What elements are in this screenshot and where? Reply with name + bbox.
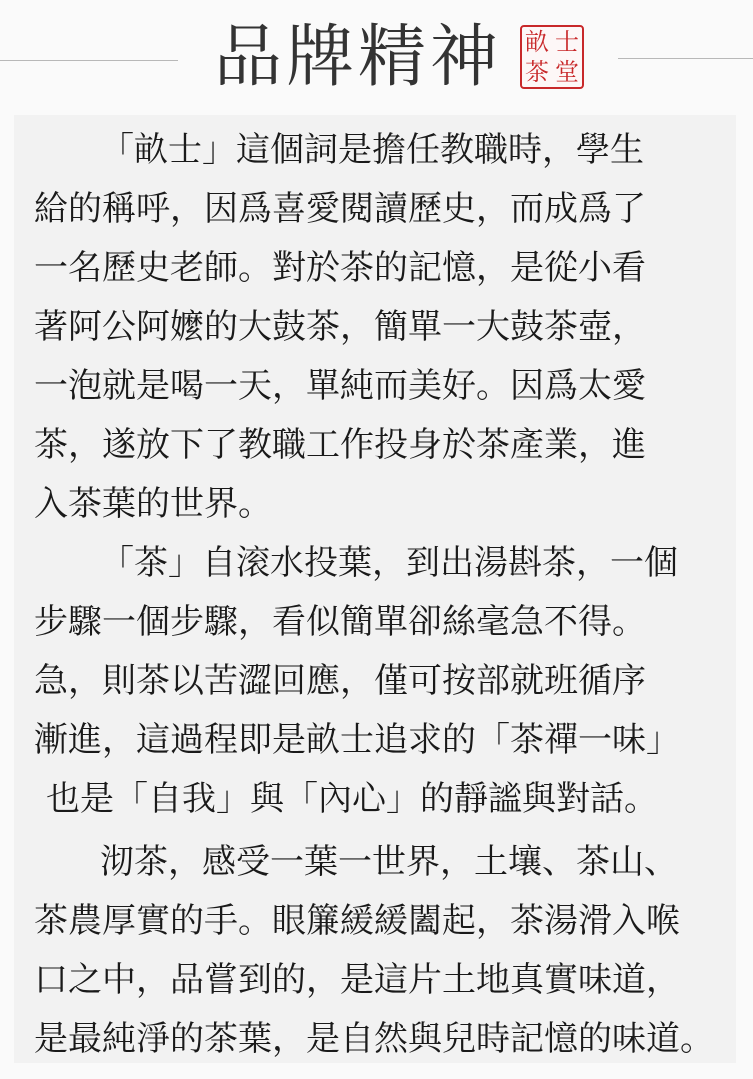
text-line: 沏茶，感受一葉一世界，土壤、茶山、 xyxy=(100,842,678,882)
text-line: 一名歷史老師。對於茶的記憶，是從小看 xyxy=(34,248,646,288)
header-divider-left xyxy=(0,60,178,61)
text-line: 口之中，品嘗到的，是這片土地真實味道， xyxy=(34,960,680,1000)
text-line: 步驟一個步驟，看似簡單卻絲毫急不得。 xyxy=(34,602,646,642)
header-divider-right xyxy=(618,58,753,59)
text-line: 「茶」自滚水投葉，到出湯斟茶，一個 xyxy=(100,543,678,583)
text-line: 也是「自我」與「內心」的靜謐與對話。 xyxy=(46,779,658,819)
seal-char: 茶 xyxy=(522,57,552,87)
text-line: 給的稱呼，因爲喜愛閱讀歷史，而成爲了 xyxy=(34,189,646,229)
text-line: 「畝士」這個詞是擔任教職時，學生 xyxy=(100,130,644,170)
page-title: 品牌精神 xyxy=(214,16,502,100)
text-line: 漸進，這過程即是畝士追求的「茶禪一味」 xyxy=(34,720,680,760)
text-line: 急，則茶以苦澀回應，僅可按部就班循序 xyxy=(34,661,646,701)
text-line: 是最純淨的茶葉，是自然與兒時記憶的味道。 xyxy=(34,1019,714,1059)
page-header: 品牌精神 畝 士 茶 堂 xyxy=(0,0,753,110)
seal-char: 士 xyxy=(552,27,582,57)
text-line: 茶，遂放下了教職工作投身於茶產業，進 xyxy=(34,425,646,465)
brand-seal-icon: 畝 士 茶 堂 xyxy=(520,25,584,89)
text-line: 入茶葉的世界。 xyxy=(34,484,272,524)
text-line: 著阿公阿嬤的大鼓茶，簡單一大鼓茶壺， xyxy=(34,307,646,347)
seal-char: 堂 xyxy=(552,57,582,87)
text-line: 茶農厚實的手。眼簾緩緩闔起，茶湯滑入喉 xyxy=(34,901,680,941)
seal-char: 畝 xyxy=(522,27,552,57)
text-line: 一泡就是喝一天，單純而美好。因爲太愛 xyxy=(34,366,646,406)
brand-story-panel: 「畝士」這個詞是擔任教職時，學生 給的稱呼，因爲喜愛閱讀歷史，而成爲了 一名歷史… xyxy=(14,115,736,1063)
